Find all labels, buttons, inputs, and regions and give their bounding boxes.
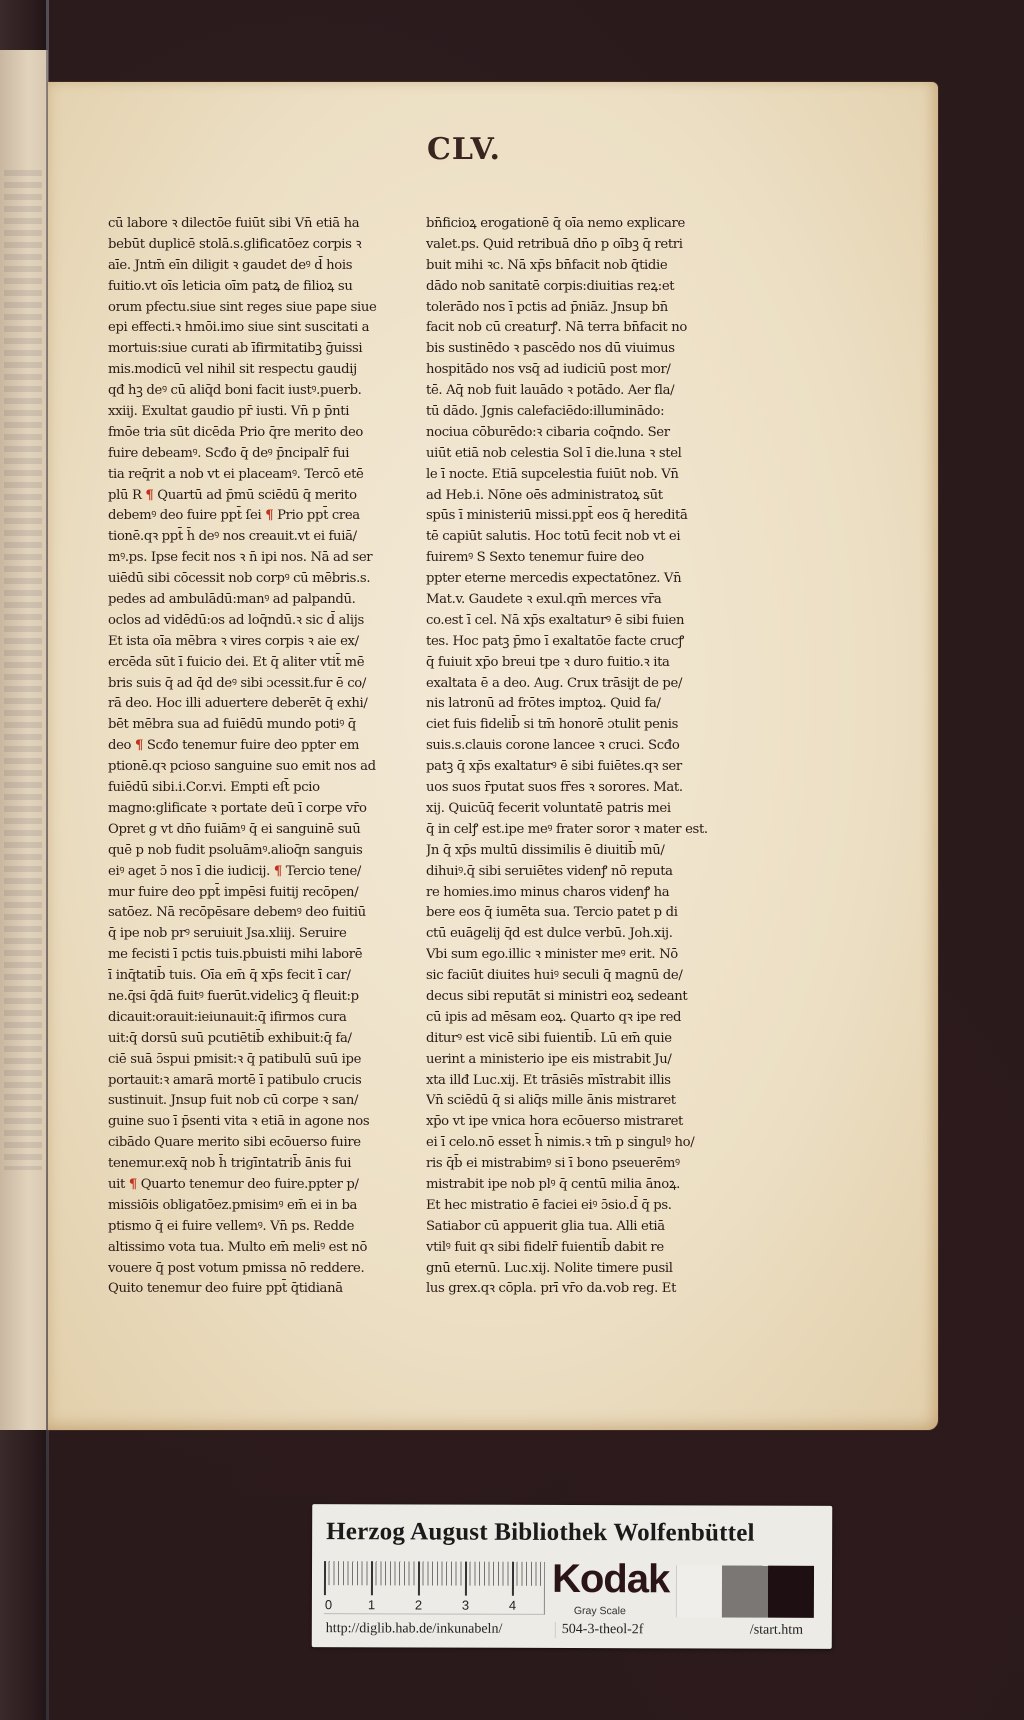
previous-page-edge xyxy=(0,50,48,1430)
text-line: decus sibi reputāt si ministri eoꝝ sedea… xyxy=(426,987,722,1008)
text-line: ptismo q̄ ei fuire vellemꝰ. Vn̄ ps. Redd… xyxy=(108,1217,404,1238)
text-line: dādo nob sanitatē corpis:diuitias reꝝ:et xyxy=(426,277,722,298)
text-line: Quito tenemur deo fuire ppt̄ q̄tidianā xyxy=(108,1279,404,1300)
text-line: mꝰ.ps. Ipse fecit nos ꝛ n̄ ipi nos. Nā a… xyxy=(108,548,404,569)
text-line: xp̄o vt ipe vnica hora ecōuerso mistrare… xyxy=(426,1112,722,1133)
text-line: aīe. Jntm̄ eīn diligit ꝛ gaudet deꝰ d̄ h… xyxy=(108,256,404,277)
swatch-black xyxy=(768,1566,814,1618)
text-line: quē p nob fudit psoluāmꝰ.alioq̄n sanguis xyxy=(108,841,404,862)
ruler-number: 2 xyxy=(415,1597,422,1612)
text-line: tes. Hoc patꝫ p̄mo ī exaltatōe facte cru… xyxy=(426,632,722,653)
text-line: uiēdū sibi cōcessit nob corpꝰ cū mēbris.… xyxy=(108,569,404,590)
text-line: uerint a ministerio ipe eis mistrabit Ju… xyxy=(426,1050,722,1071)
text-line: ei ī celo.nō esset h̄ nimis.ꝛ tm̄ p sing… xyxy=(426,1133,722,1154)
text-line: Mat.v. Gaudete ꝛ exul.qm̄ merces vr̄a xyxy=(426,590,722,611)
text-line: spūs ī ministeriū missi.ppt̄ eos q̄ here… xyxy=(426,506,722,527)
text-line: guine suo ī p̄senti vita ꝛ etiā in agone… xyxy=(108,1112,404,1133)
text-line: vtilꝰ fuit qꝛ sibi fidelr̄ fuientib̄ dab… xyxy=(426,1238,722,1259)
text-line: ad Heb.i. Nōne oēs administratoꝝ sūt xyxy=(426,486,722,507)
text-line: fuire debeamꝰ. Scđo q̄ deꝰ p̄ncipalr̄ fu… xyxy=(108,444,404,465)
text-line: ne.q̄si q̄dā fuitꝰ fuerūt.videlicꝫ q̄ fl… xyxy=(108,987,404,1008)
text-line: Vbi sum ego.illic ꝛ minister meꝰ erit. N… xyxy=(426,945,722,966)
text-line: bebūt duplicē stolā.s.glificatōez corpis… xyxy=(108,235,404,256)
text-line: xij. Quicūq̄ fecerit voluntatē patris me… xyxy=(426,799,722,820)
text-line: me fecisti ī pctis tuis.pbuisti mihi lab… xyxy=(108,945,404,966)
ruler-number: 4 xyxy=(509,1598,516,1613)
text-line: fuiēdū sibi.i.Cor.vi. Empti eſt̄ pcio xyxy=(108,778,404,799)
ruler-number: 1 xyxy=(368,1597,375,1612)
previous-page-text-ghost xyxy=(4,170,42,1170)
text-line: fuiremꝰ S Sexto tenemur fuire deo xyxy=(426,548,722,569)
kodak-logo: Kodak xyxy=(552,1557,669,1602)
text-line: tolerādo nos ī pctis ad p̄niāz. Jnsup bn… xyxy=(426,298,722,319)
text-line: tē. Aq̄ nob fuit lauādo ꝛ potādo. Aer fl… xyxy=(426,381,722,402)
text-line: uit:q̄ dorsū suū pcutiētib̄ exhibuit:q̄ … xyxy=(108,1029,404,1050)
text-line: magno:glificate ꝛ portate deū ī corpe vr… xyxy=(108,799,404,820)
text-line: nociua cōburēdo:ꝛ cibaria coq̄ndo. Ser xyxy=(426,423,722,444)
ruler-major-tick xyxy=(512,1562,514,1596)
text-line: Et hec mistratio ē faciei eiꝰ ɔ̄sio.d̄ q… xyxy=(426,1196,722,1217)
text-line: dihuiꝰ.q̄ sibi seruiētes videnꝭ nō reput… xyxy=(426,862,722,883)
text-line: tionē.qꝛ ppt̄ h̄ deꝰ nos creauit.vt ei f… xyxy=(108,527,404,548)
ruler-major-tick xyxy=(324,1561,326,1595)
text-line: tia req̄rit a nob vt ei placeamꝰ. Tercō … xyxy=(108,465,404,486)
text-line: cū ipis ad mēsam eoꝝ. Quarto qꝛ ipe red xyxy=(426,1008,722,1029)
text-line: mis.modicū vel nihil sit respectu gaudij xyxy=(108,360,404,381)
library-name: Herzog August Bibliothek Wolfenbüttel xyxy=(326,1518,826,1548)
rubric-paragraph-mark: ¶ xyxy=(145,488,153,503)
text-line: co.est ī cel. Nā xp̄s exaltaturꝰ ē sibi … xyxy=(426,611,722,632)
text-line: tē capiūt salutis. Hoc totū fecit nob vt… xyxy=(426,527,722,548)
text-line: cū labore ꝛ dilectōe fuiūt sibi Vn̄ etiā… xyxy=(108,214,404,235)
incunabulum-page: CLV. cū labore ꝛ dilectōe fuiūt sibi Vn̄… xyxy=(48,82,938,1430)
text-line: ercēda sūt ī fuicio dei. Et q̄ aliter vt… xyxy=(108,653,404,674)
text-line: sustinuit. Jnsup fuit nob cū corpe ꝛ san… xyxy=(108,1091,404,1112)
text-line: rā deo. Hoc illi aduertere deberēt q̄ ex… xyxy=(108,694,404,715)
text-line: gnū eternū. Luc.xij. Nolite timere pusil xyxy=(426,1259,722,1280)
text-line: diturꝰ est vicē sibi fuientib̄. Lū em̄ q… xyxy=(426,1029,722,1050)
ruler-number: 3 xyxy=(462,1598,469,1613)
shelfmark: 504-3-theol-2f xyxy=(555,1622,644,1638)
text-line: ī inq̄tatib̄ tuis. Oīa em̄ q̄ xp̄s fecit… xyxy=(108,966,404,987)
url-suffix: /start.htm xyxy=(750,1623,803,1639)
text-line: q̄ ipe nob prꝰ seruiuit Jsa.xliij. Serui… xyxy=(108,924,404,945)
text-line: ppter eterne mercedis expectatōnez. Vn̄ xyxy=(426,569,722,590)
text-line: xxiij. Exultat gaudio pr̄ iusti. Vn̄ p p… xyxy=(108,402,404,423)
text-line: satōez. Nā recōpēsare debemꝰ deo fuitiū xyxy=(108,903,404,924)
text-line: Jn q̄ xp̄s multū dissimilis ē diuitib̄ m… xyxy=(426,841,722,862)
text-line: eiꝰ aget ɔ̄ nos ī die iudicij. ¶ Tercio … xyxy=(108,862,404,883)
text-line: pedes ad ambulādū:manꝰ ad palpandū. xyxy=(108,590,404,611)
text-line: mistrabit ipe nob plꝰ q̄ centū milia āno… xyxy=(426,1175,722,1196)
text-line: portauit:ꝛ amarā mortē ī patibulo crucis xyxy=(108,1071,404,1092)
text-line: bere eos q̄ iumēta sua. Tercio patet p d… xyxy=(426,903,722,924)
text-line: bēt mēbra sua ad fuiēdū mundo potiꝰ q̄ xyxy=(108,715,404,736)
text-line: cibādo Quare merito sibi ecōuerso fuire xyxy=(108,1133,404,1154)
text-line: mur fuire deo ppt̄ impēsi fuitij recōpen… xyxy=(108,883,404,904)
text-line: ctū euāgelij q̄d est dulce verbū. Joh.xi… xyxy=(426,924,722,945)
text-line: q̄ in celꝭ est.ipe meꝰ frater soror ꝛ ma… xyxy=(426,820,722,841)
text-line: nis latronū ad frōtes imptoꝝ. Quid fa/ xyxy=(426,694,722,715)
text-line: buit mihi ꝛc. Nā xp̄s bn̄facit nob q̄tid… xyxy=(426,256,722,277)
text-line: Opret g vt dn̄o fuiāmꝰ q̄ ei sanguinē su… xyxy=(108,820,404,841)
rubric-paragraph-mark: ¶ xyxy=(129,1177,137,1192)
text-line: oclos ad vidēdū:os ad loq̄ndū.ꝛ sic d̄ a… xyxy=(108,611,404,632)
text-line: xta illđ Luc.xij. Et trāsiēs mīstrabit i… xyxy=(426,1071,722,1092)
text-line: epi effecti.ꝛ hmōi.imo siue sint suscita… xyxy=(108,318,404,339)
text-line: altissimo vota tua. Multo em̄ meliꝰ est … xyxy=(108,1238,404,1259)
text-line: suis.s.clauis corone lancee ꝛ cruci. Scđ… xyxy=(426,736,722,757)
text-line: Satiabor cū appuerit glia tua. Alli etiā xyxy=(426,1217,722,1238)
scale-ruler: 0 1 2 3 4 xyxy=(324,1561,545,1615)
text-line: debemꝰ deo fuire ppt̄ ſei ¶ Prio ppt̄ cr… xyxy=(108,506,404,527)
swatch-white xyxy=(676,1565,723,1617)
text-line: tū dādo. Jgnis calefaciēdo:illuminādo: xyxy=(426,402,722,423)
ruler-major-tick xyxy=(418,1561,420,1595)
text-line: tenemur.exq̄ nob h̄ trigīntatrib̄ ānis f… xyxy=(108,1154,404,1175)
text-line: bn̄ficioꝝ erogationē q̄ oīa nemo explica… xyxy=(426,214,722,235)
text-line: ris q̄b̄ ei mistrabimꝰ si ī bono pseuerē… xyxy=(426,1154,722,1175)
text-line: orum pfectu.siue sint reges siue pape si… xyxy=(108,298,404,319)
text-line: uiūt etiā nob celestia Sol ī die.luna ꝛ … xyxy=(426,444,722,465)
text-line: fmōe tria sūt dicēda Prio q̄re merito de… xyxy=(108,423,404,444)
text-line: re homies.imo minus charos videnꝭ ha xyxy=(426,883,722,904)
rubric-paragraph-mark: ¶ xyxy=(274,864,282,879)
text-line: uit ¶ Quarto tenemur deo fuire.ppter p/ xyxy=(108,1175,404,1196)
text-line: ciē suā ɔ̄spui pmisit:ꝛ q̄ patibulū suū … xyxy=(108,1050,404,1071)
text-line: fuitio.vt oīs leticia oīm patꝝ de filioꝝ… xyxy=(108,277,404,298)
rubric-paragraph-mark: ¶ xyxy=(135,738,143,753)
text-line: le ī nocte. Etiā supcelestia fuiūt nob. … xyxy=(426,465,722,486)
folio-number: CLV. xyxy=(414,132,514,167)
gray-scale-caption: Gray Scale xyxy=(574,1605,626,1617)
text-line: Vn̄ sciēdū q̄ si aliq̄s mille ānis mistr… xyxy=(426,1091,722,1112)
text-line: patꝫ q̄ xp̄s exaltaturꝰ ē sibi fuiētes.q… xyxy=(426,757,722,778)
text-line: hospitādo nos vsq̄ ad iudiciū post mor/ xyxy=(426,360,722,381)
text-line: ciet fuis fidelib̄ si tm̄ honorē ɔtulit … xyxy=(426,715,722,736)
text-line: plū R ¶ Quartū ad p̄mū sciēdū q̄ merito xyxy=(108,486,404,507)
text-line: qđ hꝫ deꝰ cū aliq̄d boni facit iustꝰ.pue… xyxy=(108,381,404,402)
digital-library-url: http://diglib.hab.de/inkunabeln/ xyxy=(326,1621,503,1638)
swatch-gray xyxy=(722,1566,768,1618)
text-line: ptionē.qꝛ pcioso sanguine suo emit nos a… xyxy=(108,757,404,778)
ruler-major-tick xyxy=(465,1562,467,1596)
text-line: Et ista oīa mēbra ꝛ vires corpis ꝛ aie e… xyxy=(108,632,404,653)
left-text-column: cū labore ꝛ dilectōe fuiūt sibi Vn̄ etiā… xyxy=(108,214,404,1300)
text-line: uos suos r̄putat suos fr̄es ꝛ sorores. M… xyxy=(426,778,722,799)
ruler-number: 0 xyxy=(325,1597,332,1612)
text-line: vouere q̄ post votum pmissa nō reddere. xyxy=(108,1259,404,1280)
text-line: valet.ps. Quid retribuā dn̄o p oībꝫ q̄ r… xyxy=(426,235,722,256)
text-line: bris suis q̄ ad q̄d deꝰ sibi ɔcessit.fur… xyxy=(108,674,404,695)
right-text-column: bn̄ficioꝝ erogationē q̄ oīa nemo explica… xyxy=(426,214,722,1300)
text-line: exaltata ē a deo. Aug. Crux trāsijt de p… xyxy=(426,674,722,695)
text-line: q̄ fuiuit xp̄o breui tpe ꝛ duro fuitio.ꝛ… xyxy=(426,653,722,674)
rubric-paragraph-mark: ¶ xyxy=(265,508,273,523)
text-line: dicauit:orauit:ieiunauit:q̄ ifirmos cura xyxy=(108,1008,404,1029)
ruler-major-tick xyxy=(371,1561,373,1595)
text-line: facit nob cū creaturꝭ. Nā terra bn̄facit… xyxy=(426,318,722,339)
text-line: missiōis obligatōez.pmisimꝰ em̄ ei in ba xyxy=(108,1196,404,1217)
text-line: sic faciūt diuites huiꝰ seculi q̄ magnū … xyxy=(426,966,722,987)
text-line: bis sustinēdo ꝛ pascēdo nos dū viuimus xyxy=(426,339,722,360)
color-bar-label: Herzog August Bibliothek Wolfenbüttel 0 … xyxy=(312,1504,832,1649)
text-line: deo ¶ Scđo tenemur fuire deo ppter em xyxy=(108,736,404,757)
text-line: lus grex.qꝛ cōpla. prī vr̄o da.vob reg. … xyxy=(426,1279,722,1300)
text-line: mortuis:siue curati ab īfirmitatibꝫ ḡuis… xyxy=(108,339,404,360)
